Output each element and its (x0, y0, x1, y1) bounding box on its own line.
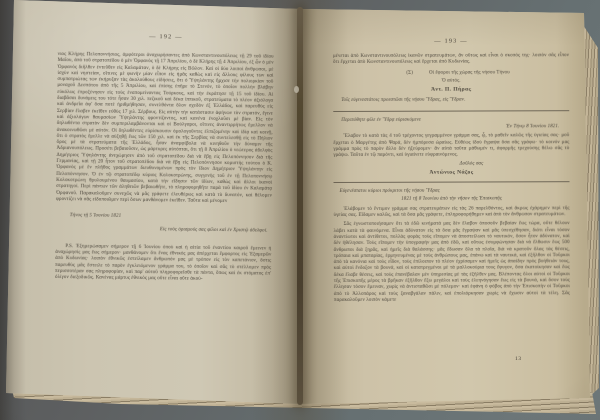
left-cover-shadow (0, 0, 600, 420)
book-photo: — 192 — νιος Κλήρης Πελοποννήσιος, ἀμφότ… (0, 0, 600, 420)
